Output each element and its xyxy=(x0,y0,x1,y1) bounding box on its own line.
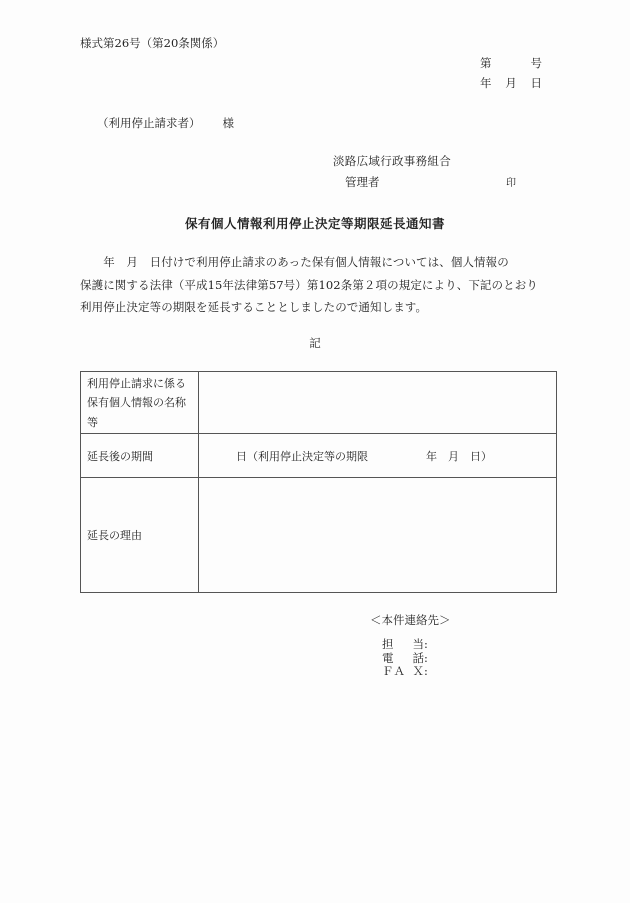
contact-heading: ＜本件連絡先＞ xyxy=(370,612,451,628)
period-days-text: 日（利用停止決定等の期限 xyxy=(236,450,368,463)
doc-number-prefix: 第 xyxy=(480,55,492,75)
ki-heading: 記 xyxy=(0,335,630,351)
body-line: 保護に関する法律（平成15年法律第57号）第102条第２項の規定により、下記のと… xyxy=(80,274,560,297)
body-line: 年 月 日付けで利用停止請求のあった保有個人情報については、個人情報の xyxy=(80,251,560,274)
document-number: 第 号 xyxy=(480,55,542,75)
addressee-honorific: 様 xyxy=(223,116,235,130)
date-year: 年 xyxy=(480,75,492,95)
table-row: 延長の理由 xyxy=(81,478,557,593)
row-label-info-name: 利用停止請求に係る保有個人情報の名称等 xyxy=(81,372,199,434)
contact-label-part: 担 xyxy=(382,638,394,652)
issuer-organization: 淡路広域行政事務組合 xyxy=(333,153,451,169)
details-table: 利用停止請求に係る保有個人情報の名称等 延長後の期間 日（利用停止決定等の期限年… xyxy=(80,371,557,593)
contact-phone: 電話: xyxy=(382,652,428,666)
form-number: 様式第26号（第20条関係） xyxy=(80,35,224,51)
contact-colon: : xyxy=(424,665,428,679)
body-line: 利用停止決定等の期限を延長することとしましたので通知します。 xyxy=(80,296,560,319)
seal-icon: 印 xyxy=(506,174,516,189)
table-row: 延長後の期間 日（利用停止決定等の期限年 月 日） xyxy=(81,434,557,478)
row-label-extended-period: 延長後の期間 xyxy=(81,434,199,478)
contact-label-part: 当 xyxy=(413,638,425,652)
body-text: 年 月 日付けで利用停止請求のあった保有個人情報については、個人情報の 保護に関… xyxy=(80,251,560,319)
contact-label-part: ＦＡ xyxy=(382,665,405,679)
row-label-reason: 延長の理由 xyxy=(81,478,199,593)
issuer-title: 管理者 xyxy=(345,174,380,190)
document-number-block: 第 号 年 月 日 xyxy=(480,55,542,95)
date-day: 日 xyxy=(531,75,543,95)
contact-colon: : xyxy=(424,652,428,666)
document-title: 保有個人情報利用停止決定等期限延長通知書 xyxy=(0,214,630,232)
addressee-name: （利用停止請求者） xyxy=(97,116,201,130)
issue-date: 年 月 日 xyxy=(480,75,542,95)
contact-label-part: 話 xyxy=(413,652,425,666)
date-month: 月 xyxy=(505,75,517,95)
doc-number-suffix: 号 xyxy=(531,55,543,75)
contact-label-part: 電 xyxy=(382,652,394,666)
extended-period-field[interactable]: 日（利用停止決定等の期限年 月 日） xyxy=(199,434,557,478)
table-row: 利用停止請求に係る保有個人情報の名称等 xyxy=(81,372,557,434)
contact-block: 担当: 電話: ＦＡＸ: xyxy=(382,638,428,679)
addressee: （利用停止請求者）様 xyxy=(97,115,234,131)
contact-label-part: Ｘ xyxy=(413,665,425,679)
contact-fax: ＦＡＸ: xyxy=(382,665,428,679)
contact-colon: : xyxy=(424,638,428,652)
reason-field[interactable] xyxy=(199,478,557,593)
info-name-field[interactable] xyxy=(199,372,557,434)
period-deadline-date: 年 月 日） xyxy=(426,450,492,463)
contact-person: 担当: xyxy=(382,638,428,652)
